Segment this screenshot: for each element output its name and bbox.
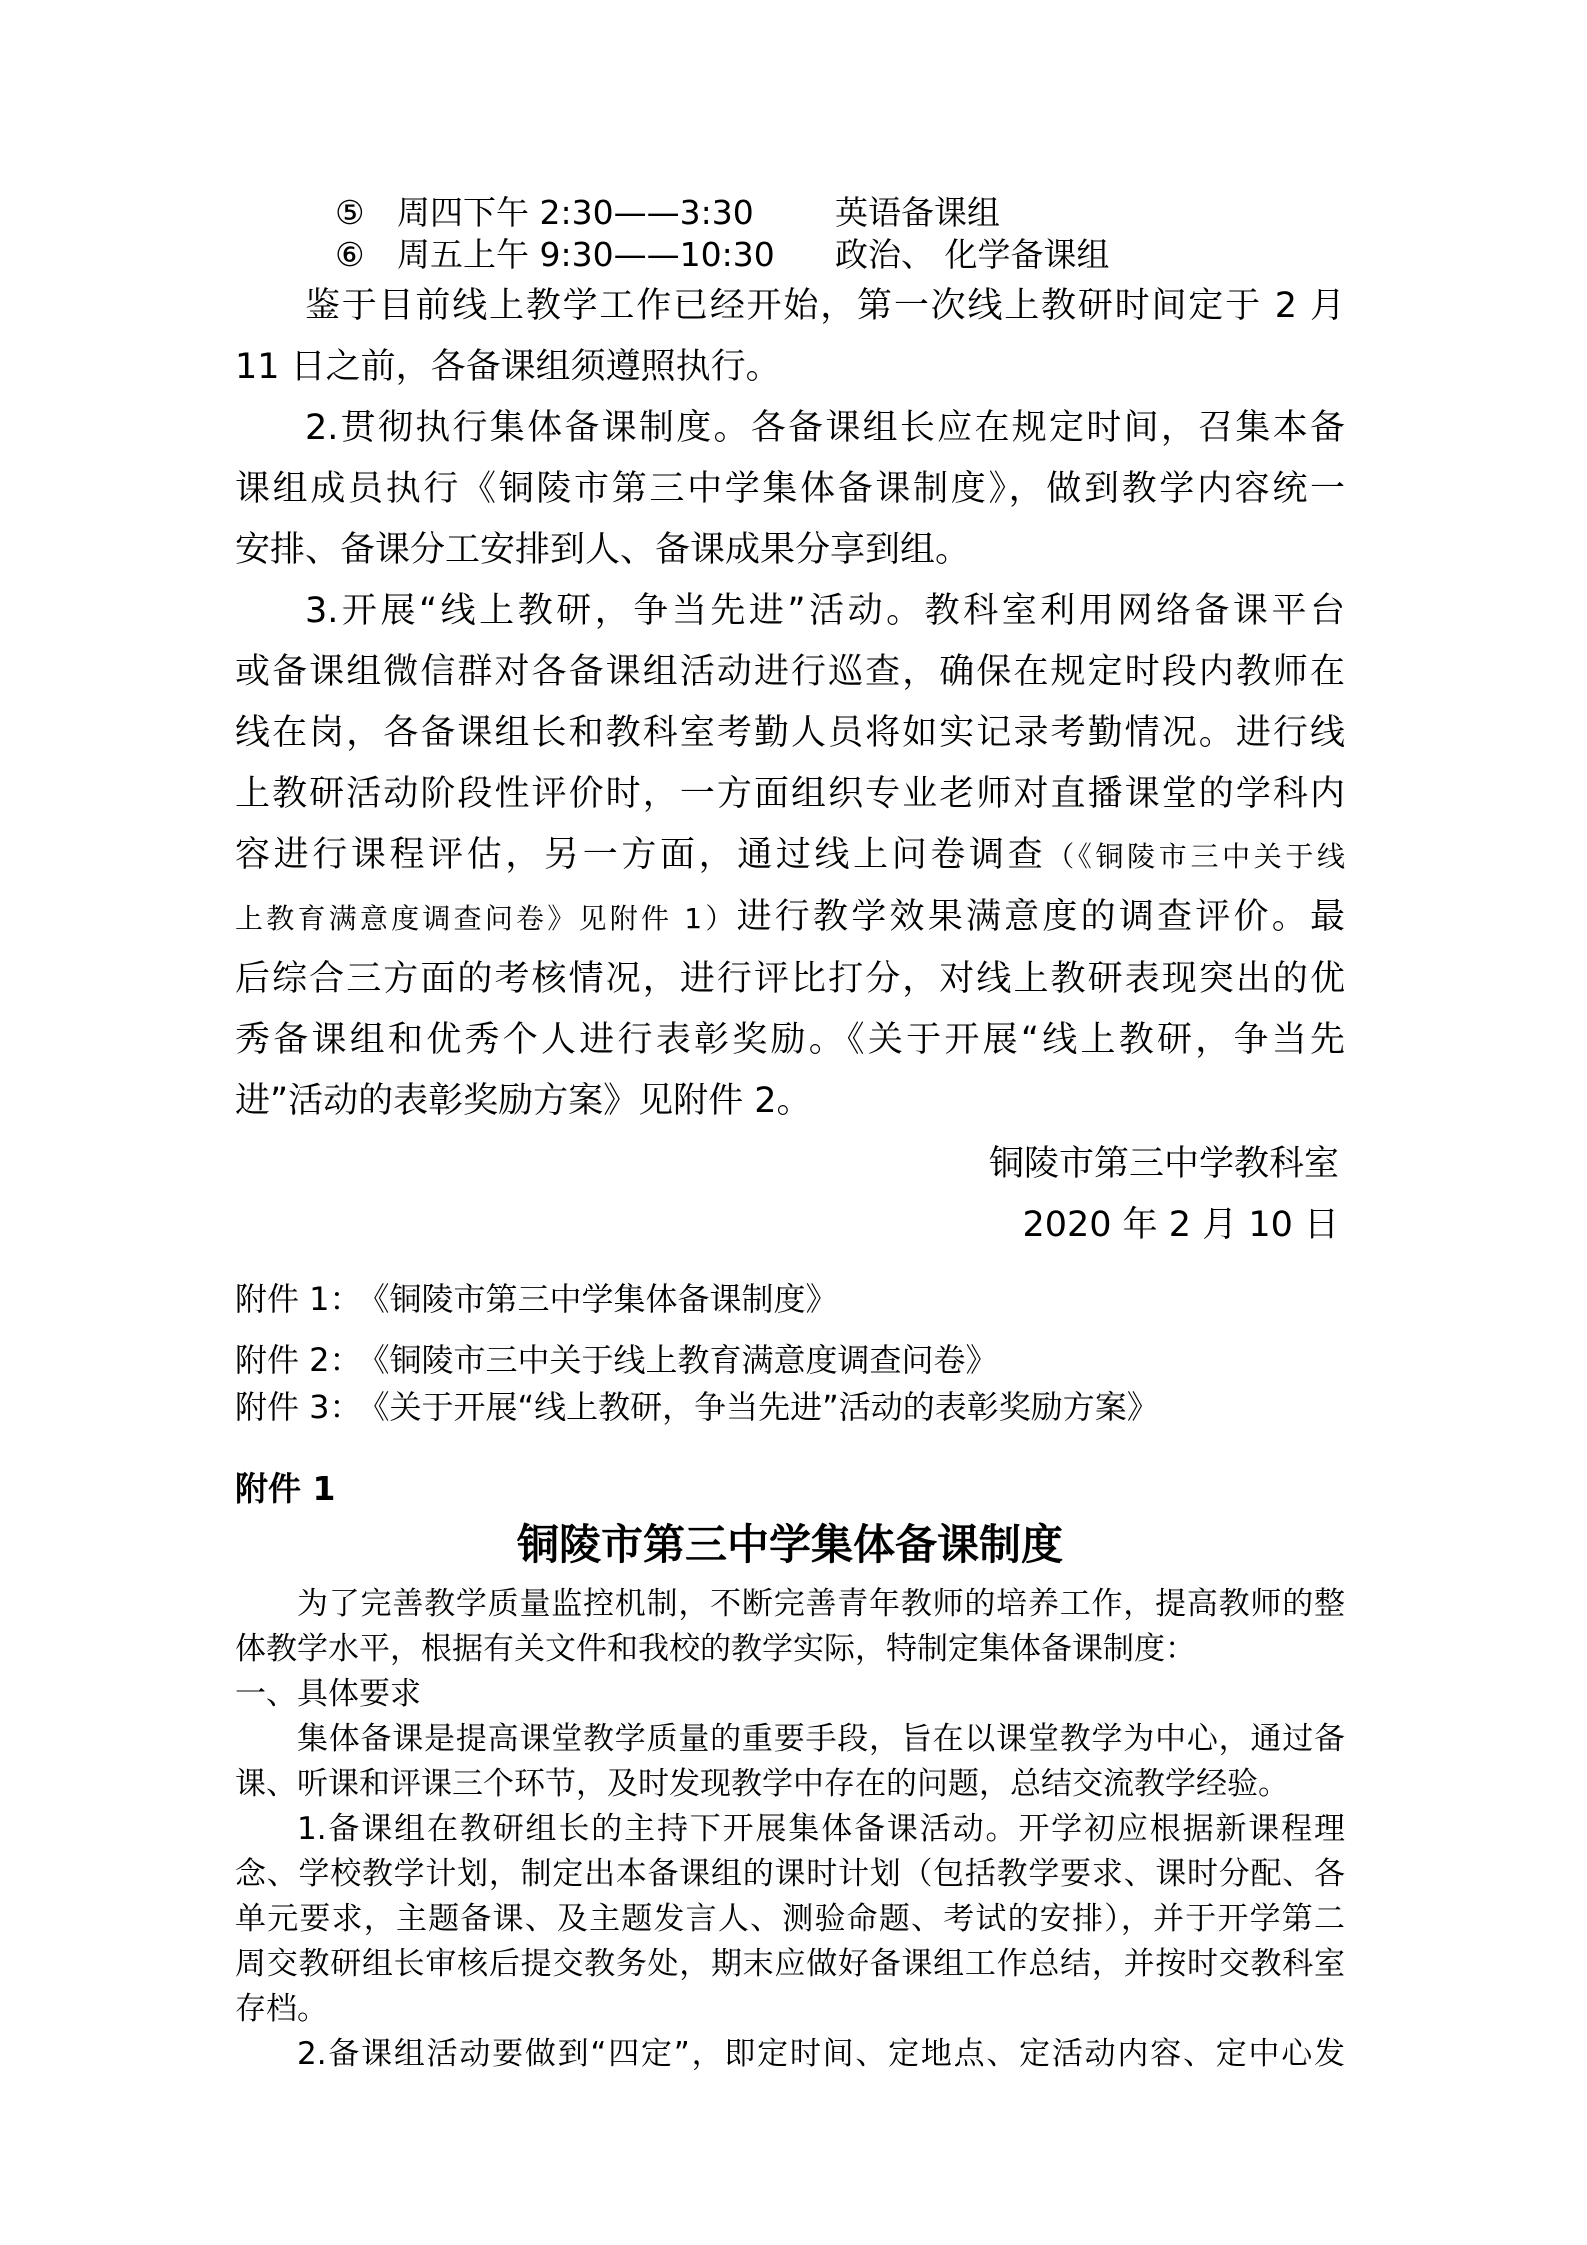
paragraph-line: 2.备课组活动要做到“四定”，即定时间、定地点、定活动内容、定中心发 — [235, 2032, 1345, 2077]
paragraph-line: 线在岗，各备课组长和教科室考勤人员将如实记录考勤情况。进行线 — [235, 703, 1345, 764]
paragraph-line: 上教研活动阶段性评价时，一方面组织专业老师对直播课堂的学科内 — [235, 764, 1345, 825]
attachment1-body: 为了完善教学质量监控机制，不断完善青年教师的培养工作，提高教师的整 体教学水平，… — [235, 1582, 1345, 2077]
paragraph-line: 单元要求，主题备课、及主题发言人、测验命题、考试的安排），并于开学第二 — [235, 1897, 1345, 1942]
paragraph-line: 周交教研组长审核后提交教务处，期末应做好备课组工作总结，并按时交教科室 — [235, 1942, 1345, 1987]
signature-org: 铜陵市第三中学教科室 — [235, 1134, 1345, 1195]
paragraph-line: 后综合三方面的考核情况，进行评比打分，对线上教研表现突出的优 — [235, 949, 1345, 1010]
paragraph-line: 3.开展“线上教研，争当先进”活动。教科室利用网络备课平台 — [235, 581, 1345, 642]
attachment-ref: 附件 2：《铜陵市三中关于线上教育满意度调查问卷》 — [235, 1337, 1345, 1384]
attachment-ref: 附件 1：《铜陵市第三中学集体备课制度》 — [235, 1276, 1345, 1323]
paragraph-line: 为了完善教学质量监控机制，不断完善青年教师的培养工作，提高教师的整 — [235, 1582, 1345, 1627]
paragraph-line: 容进行课程评估，另一方面，通过线上问卷调查（《铜陵市三中关于线 — [235, 825, 1345, 887]
paragraph-line: 集体备课是提高课堂教学质量的重要手段，旨在以课堂教学为中心，通过备 — [235, 1717, 1345, 1762]
paragraph-segment: 容进行课程评估，另一方面，通过线上问卷调查 — [235, 835, 1046, 875]
paragraph-line: 鉴于目前线上教学工作已经开始，第一次线上教研时间定于 2 月 — [235, 276, 1345, 337]
schedule-time: 周五上午 9:30——10:30 — [397, 234, 835, 276]
schedule-group: 英语备课组 — [835, 192, 1000, 234]
section-heading: 一、具体要求 — [235, 1672, 1345, 1717]
paragraph-line: 念、学校教学计划，制定出本备课组的课时计划（包括教学要求、课时分配、各 — [235, 1852, 1345, 1897]
paragraph-segment-small: （《铜陵市三中关于线 — [1046, 840, 1345, 873]
paragraph-line: 课、听课和评课三个环节，及时发现教学中存在的问题，总结交流教学经验。 — [235, 1762, 1345, 1807]
paragraph-line: 秀备课组和优秀个人进行表彰奖励。《关于开展“线上教研，争当先 — [235, 1010, 1345, 1071]
attachment-ref: 附件 3：《关于开展“线上教研，争当先进”活动的表彰奖励方案》 — [235, 1384, 1345, 1431]
paragraph-line: 进”活动的表彰奖励方案》见附件 2。 — [235, 1071, 1345, 1132]
attachment-ref-title: 《关于开展“线上教研，争当先进”活动的表彰奖励方案》 — [374, 1388, 1159, 1426]
attachment1-heading: 附件 1 — [235, 1465, 1345, 1512]
attachment-ref-label: 附件 1： — [235, 1280, 362, 1318]
schedule-time: 周四下午 2:30——3:30 — [397, 192, 835, 234]
paragraph-line: 上教育满意度调查问卷》见附件 1）进行教学效果满意度的调查评价。最 — [235, 887, 1345, 949]
signature-date: 2020 年 2 月 10 日 — [235, 1195, 1345, 1256]
attachment-ref-title: 《铜陵市三中关于线上教育满意度调查问卷》 — [374, 1341, 998, 1379]
document-page: ⑤ 周四下午 2:30——3:30 英语备课组 ⑥ 周五上午 9:30——10:… — [0, 0, 1587, 2245]
schedule-group: 政治、 化学备课组 — [835, 234, 1110, 276]
schedule-line: ⑤ 周四下午 2:30——3:30 英语备课组 — [235, 192, 1345, 234]
paragraph-line: 课组成员执行《铜陵市第三中学集体备课制度》，做到教学内容统一 — [235, 459, 1345, 520]
document-content: ⑤ 周四下午 2:30——3:30 英语备课组 ⑥ 周五上午 9:30——10:… — [0, 0, 1587, 2077]
attachment-ref-title: 《铜陵市第三中学集体备课制度》 — [374, 1280, 838, 1318]
signature-block: 铜陵市第三中学教科室 2020 年 2 月 10 日 — [235, 1134, 1345, 1256]
paragraph-line: 存档。 — [235, 1987, 1345, 2032]
paragraph-line: 或备课组微信群对各备课组活动进行巡查，确保在规定时段内教师在 — [235, 642, 1345, 703]
schedule-marker: ⑥ — [335, 234, 397, 276]
attachment-ref-label: 附件 3： — [235, 1388, 362, 1426]
paragraph-line: 11 日之前，各备课组须遵照执行。 — [235, 337, 1345, 398]
paragraph-line: 体教学水平，根据有关文件和我校的教学实际，特制定集体备课制度： — [235, 1627, 1345, 1672]
paragraph-line: 2.贯彻执行集体备课制度。各备课组长应在规定时间，召集本备 — [235, 398, 1345, 459]
paragraph-segment-small: 上教育满意度调查问卷》见附件 1） — [235, 902, 737, 935]
schedule-line: ⑥ 周五上午 9:30——10:30 政治、 化学备课组 — [235, 234, 1345, 276]
paragraph-line: 安排、备课分工安排到人、备课成果分享到组。 — [235, 520, 1345, 581]
schedule-marker: ⑤ — [335, 192, 397, 234]
attachment1-title: 铜陵市第三中学集体备课制度 — [235, 1517, 1345, 1573]
paragraph-segment: 进行教学效果满意度的调查评价。最 — [737, 897, 1345, 937]
paragraph-line: 1.备课组在教研组长的主持下开展集体备课活动。开学初应根据新课程理 — [235, 1807, 1345, 1852]
attachment-list: 附件 1：《铜陵市第三中学集体备课制度》 附件 2：《铜陵市三中关于线上教育满意… — [235, 1276, 1345, 1431]
attachment-ref-label: 附件 2： — [235, 1341, 362, 1379]
